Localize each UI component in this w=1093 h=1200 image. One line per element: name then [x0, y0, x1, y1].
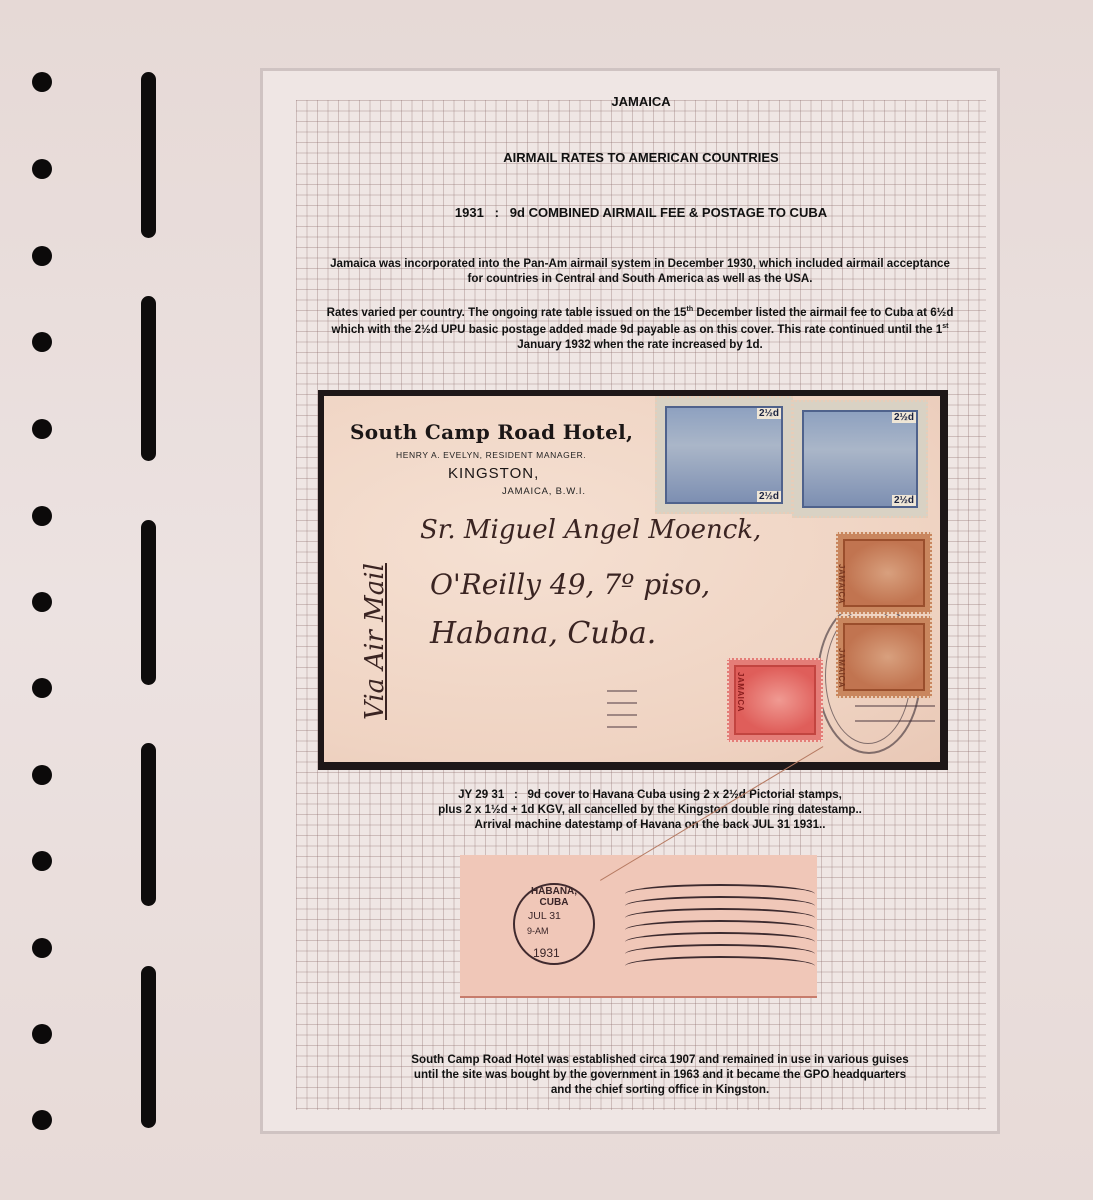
caption-line: Arrival machine datestamp of Havana on t… — [380, 817, 920, 832]
stamp-country: JAMAICA — [837, 648, 846, 688]
rate-heading: 1931 : 9d COMBINED AIRMAIL FEE & POSTAGE… — [296, 205, 986, 220]
binder-slot — [141, 72, 156, 238]
cancel-line — [855, 705, 935, 707]
airmail-endorsement: Via Air Mail — [360, 563, 390, 720]
backstamp-time: 9-AM — [527, 926, 549, 936]
hotel-name: South Camp Road Hotel, — [350, 420, 633, 444]
stamp-kgv-1-half-d: JAMAICA — [836, 616, 932, 698]
footer-line: and the chief sorting office in Kingston… — [370, 1082, 950, 1097]
address-line-3: Habana, Cuba. — [430, 616, 656, 651]
stamp-denomination: 2½d — [892, 412, 916, 423]
stamp-pictorial-2-half-d: 2½d 2½d — [792, 400, 928, 518]
binder-slot — [141, 966, 156, 1128]
binder-hole — [32, 592, 52, 612]
cancel-line — [607, 714, 637, 716]
caption-line: JY 29 31 : 9d cover to Havana Cuba using… — [380, 787, 920, 802]
binder-hole — [32, 765, 52, 785]
caption-line: plus 2 x 1½d + 1d KGV, all cancelled by … — [380, 802, 920, 817]
rates-text-part: January 1932 when the rate increased by … — [517, 338, 763, 351]
backstamp-city: HABANA, CUBA — [516, 886, 592, 908]
cancel-line — [607, 726, 637, 728]
binder-hole — [32, 419, 52, 439]
stamp-image — [843, 623, 925, 691]
binder-hole — [32, 246, 52, 266]
cover-caption: JY 29 31 : 9d cover to Havana Cuba using… — [380, 787, 920, 832]
binder-hole — [32, 1110, 52, 1130]
binder-hole — [32, 851, 52, 871]
binder-hole — [32, 159, 52, 179]
stamp-image — [734, 665, 816, 735]
binder-slot — [141, 743, 156, 906]
intro-paragraph: Jamaica was incorporated into the Pan-Am… — [325, 257, 955, 286]
stamp-denomination: 2½d — [757, 408, 781, 419]
address-line-1: Sr. Miguel Angel Moenck, — [420, 515, 761, 545]
hotel-manager: HENRY A. EVELYN, RESIDENT MANAGER. — [396, 450, 586, 460]
footer-note: South Camp Road Hotel was established ci… — [370, 1052, 950, 1097]
rates-paragraph: Rates varied per country. The ongoing ra… — [325, 303, 955, 352]
hotel-city: KINGSTON, — [448, 465, 539, 482]
hotel-country: JAMAICA, B.W.I. — [502, 486, 586, 497]
stamp-image — [665, 406, 783, 504]
backstamp-year: 1931 — [533, 946, 560, 960]
address-line-2: O'Reilly 49, 7º piso, — [430, 568, 710, 601]
binder-hole — [32, 506, 52, 526]
page-title-country: JAMAICA — [296, 94, 986, 109]
stamp-denomination: 2½d — [892, 495, 916, 506]
cancel-line — [855, 720, 935, 722]
binder-slot — [141, 520, 156, 685]
binder-slot — [141, 296, 156, 461]
superscript: st — [942, 323, 948, 330]
binder-hole — [32, 332, 52, 352]
page-subtitle: AIRMAIL RATES TO AMERICAN COUNTRIES — [296, 150, 986, 165]
stamp-denomination: 2½d — [757, 491, 781, 502]
binder-hole — [32, 938, 52, 958]
stamp-kgv-1d: JAMAICA — [727, 658, 823, 742]
stamp-image — [802, 410, 918, 508]
footer-line: South Camp Road Hotel was established ci… — [370, 1052, 950, 1067]
stamp-country: JAMAICA — [736, 672, 745, 712]
binder-hole — [32, 678, 52, 698]
stamp-kgv-1-half-d: JAMAICA — [836, 532, 932, 614]
stamp-pictorial-2-half-d: 2½d 2½d — [655, 396, 793, 514]
binder-hole — [32, 72, 52, 92]
footer-line: until the site was bought by the governm… — [370, 1067, 950, 1082]
backstamp-date: JUL 31 — [528, 910, 561, 922]
rates-text-part: Rates varied per country. The ongoing ra… — [327, 306, 687, 319]
binder-hole — [32, 1024, 52, 1044]
cancel-line — [607, 690, 637, 692]
cancel-line — [607, 702, 637, 704]
stamp-country: JAMAICA — [837, 564, 846, 604]
stamp-image — [843, 539, 925, 607]
